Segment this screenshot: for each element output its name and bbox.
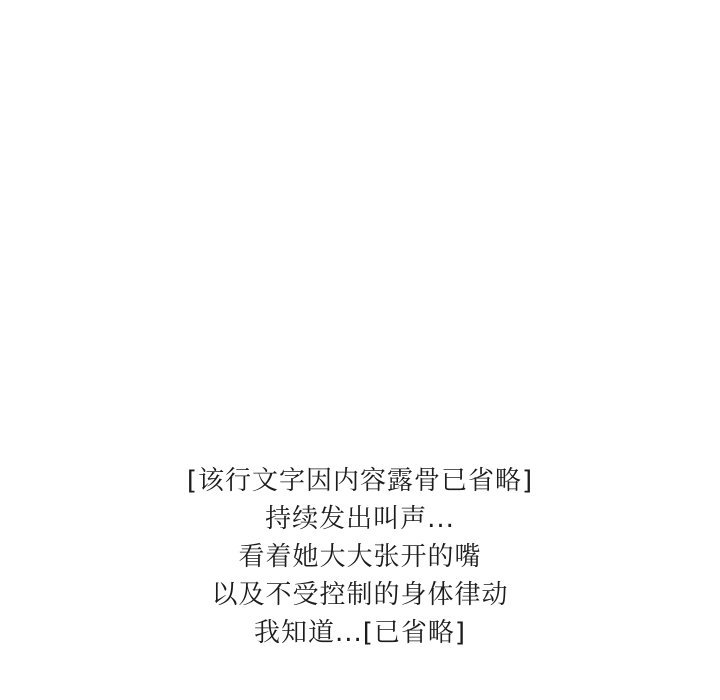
caption-line-5: 我知道...[已省略] bbox=[0, 614, 720, 652]
caption-line-1: [该行文字因内容露骨已省略] bbox=[0, 462, 720, 500]
caption-line-3: 看着她大大张开的嘴 bbox=[0, 538, 720, 576]
comic-page: [该行文字因内容露骨已省略] 持续发出叫声... 看着她大大张开的嘴 以及不受控… bbox=[0, 0, 720, 700]
caption-text-block: [该行文字因内容露骨已省略] 持续发出叫声... 看着她大大张开的嘴 以及不受控… bbox=[0, 462, 720, 652]
caption-line-2: 持续发出叫声... bbox=[0, 500, 720, 538]
caption-line-4: 以及不受控制的身体律动 bbox=[0, 576, 720, 614]
